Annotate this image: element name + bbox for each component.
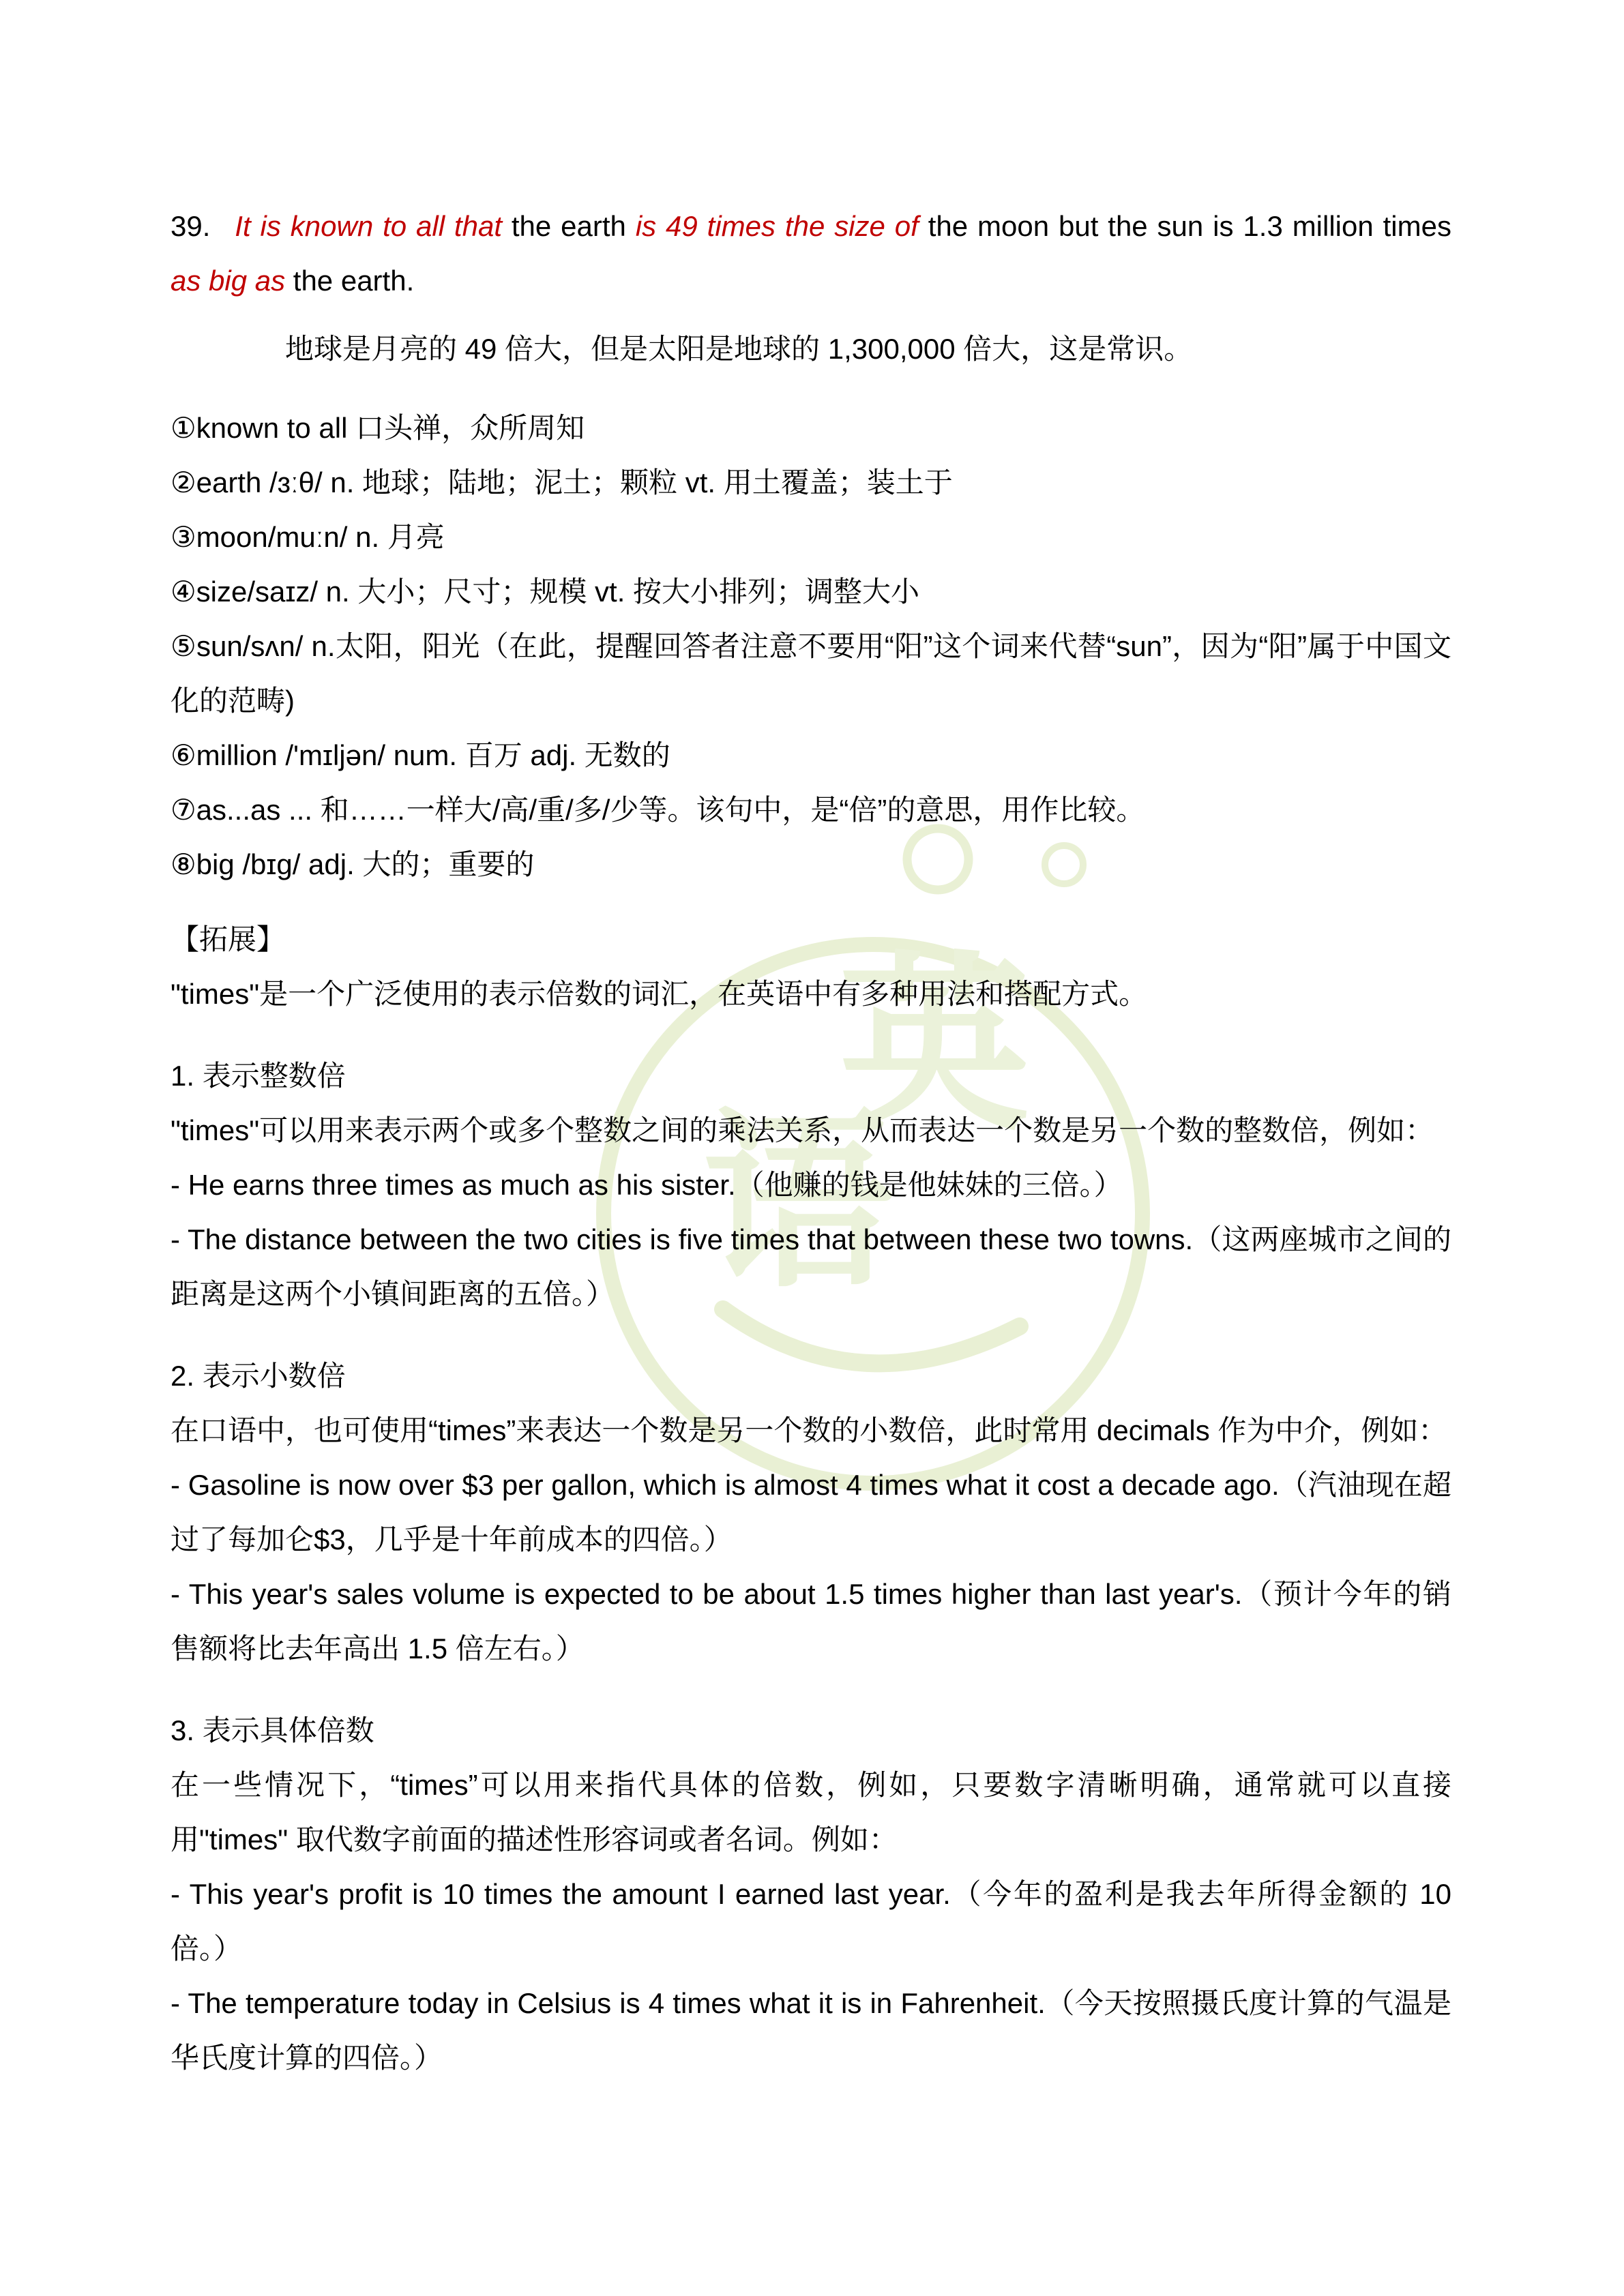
red-italic-segment: is 49 times the size of: [636, 210, 928, 242]
example-sentence: - This year's sales volume is expected t…: [171, 1567, 1451, 1676]
expansion-intro: "times"是一个广泛使用的表示倍数的词汇，在英语中有多种用法和搭配方式。: [171, 967, 1451, 1022]
section-specific-multiples: 3. 表示具体倍数 在一些情况下，“times”可以用来指代具体的倍数，例如，只…: [171, 1703, 1451, 2085]
expansion-header: 【拓展】: [171, 912, 1451, 967]
example-sentence: - The temperature today in Celsius is 4 …: [171, 1976, 1451, 2085]
example-sentence: - He earns three times as much as his si…: [171, 1158, 1451, 1212]
vocab-item-big: ⑧big /bɪg/ adj. 大的；重要的: [171, 837, 1451, 892]
example-sentence: - The distance between the two cities is…: [171, 1212, 1451, 1322]
section-decimal-multiples: 2. 表示小数倍 在口语中，也可使用“times”来表达一个数是另一个数的小数倍…: [171, 1349, 1451, 1676]
vocab-item-as-as: ⑦as...as ... 和……一样大/高/重/多/少等。该句中，是“倍”的意思…: [171, 783, 1451, 837]
sentence-segment: the earth: [512, 210, 636, 242]
expansion-block: 【拓展】 "times"是一个广泛使用的表示倍数的词汇，在英语中有多种用法和搭配…: [171, 912, 1451, 1022]
vocab-item-million: ⑥million /'mɪljən/ num. 百万 adj. 无数的: [171, 728, 1451, 783]
vocab-item-known-to-all: ①known to all 口头禅，众所周知: [171, 401, 1451, 456]
red-italic-segment: as big as: [171, 265, 293, 297]
section-body: "times"可以用来表示两个或多个整数之间的乘法关系，从而表达一个数是另一个数…: [171, 1103, 1451, 1158]
item-number: 39.: [171, 210, 210, 242]
chinese-translation: 地球是月亮的 49 倍大，但是太阳是地球的 1,300,000 倍大，这是常识。: [171, 322, 1451, 376]
document-content: 39. It is known to all that the earth is…: [0, 0, 1624, 2085]
vocab-item-size: ④size/saɪz/ n. 大小；尺寸；规模 vt. 按大小排列；调整大小: [171, 565, 1451, 619]
sentence-39: 39. It is known to all that the earth is…: [171, 199, 1451, 308]
vocab-item-sun: ⑤sun/sʌn/ n.太阳，阳光（在此，提醒回答者注意不要用“阳”这个词来代替…: [171, 619, 1451, 728]
vocab-item-earth: ②earth /ɜːθ/ n. 地球；陆地；泥土；颗粒 vt. 用土覆盖；装土于: [171, 456, 1451, 510]
section-title: 3. 表示具体倍数: [171, 1703, 1451, 1758]
red-italic-segment: It is known to all that: [235, 210, 512, 242]
example-sentence: - This year's profit is 10 times the amo…: [171, 1867, 1451, 1976]
example-sentence: - Gasoline is now over $3 per gallon, wh…: [171, 1458, 1451, 1567]
document-page: 英 语 39. It is known to all that the eart…: [0, 0, 1624, 2296]
vocab-item-moon: ③moon/muːn/ n. 月亮: [171, 510, 1451, 565]
section-title: 2. 表示小数倍: [171, 1349, 1451, 1403]
section-integer-multiples: 1. 表示整数倍 "times"可以用来表示两个或多个整数之间的乘法关系，从而表…: [171, 1049, 1451, 1322]
sentence-segment: the earth.: [293, 265, 414, 297]
sentence-segment: the moon but the sun is 1.3 million time…: [928, 210, 1451, 242]
vocab-list: ①known to all 口头禅，众所周知 ②earth /ɜːθ/ n. 地…: [171, 401, 1451, 892]
section-body: 在一些情况下，“times”可以用来指代具体的倍数，例如，只要数字清晰明确，通常…: [171, 1758, 1451, 1867]
section-title: 1. 表示整数倍: [171, 1049, 1451, 1103]
section-body: 在口语中，也可使用“times”来表达一个数是另一个数的小数倍，此时常用 dec…: [171, 1403, 1451, 1458]
